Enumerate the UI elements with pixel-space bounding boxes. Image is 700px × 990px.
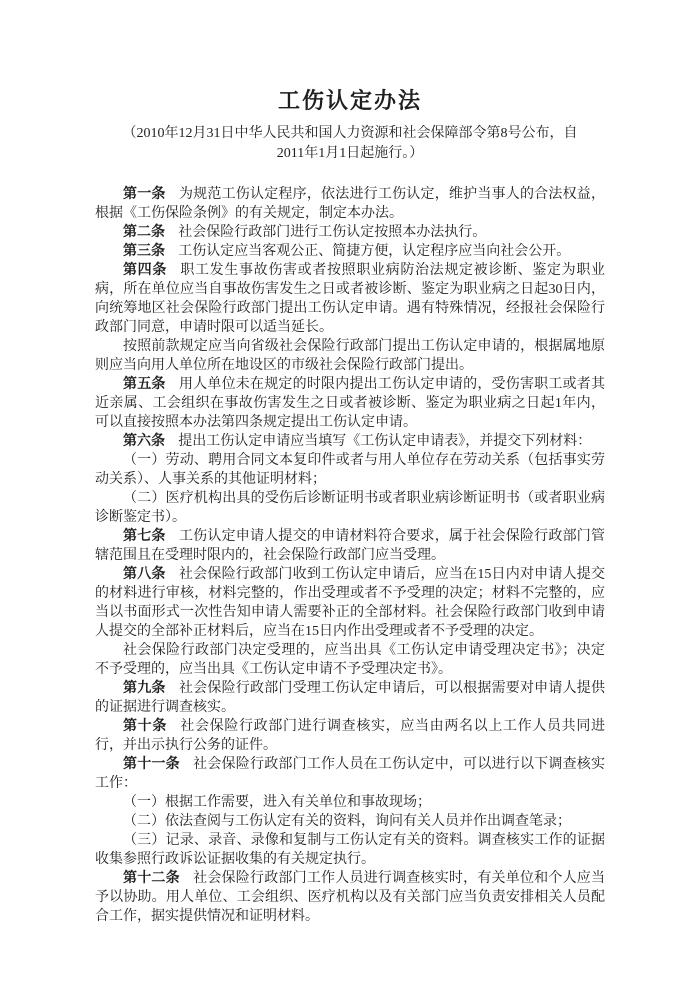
paragraph-text: 职工发生事故伤害或者按照职业病防治法规定被诊断、鉴定为职业病，所在单位应当自事故… (95, 263, 605, 335)
paragraph: （二）医疗机构出具的受伤后诊断证明书或者职业病诊断证明书（或者职业病诊断鉴定书）… (95, 489, 605, 527)
paragraph-text: 社会保险行政部门进行调查核实，应当由两名以上工作人员共同进行，并出示执行公务的证… (95, 719, 605, 753)
paragraph: 第三条工伤认定应当客观公正、简捷方便，认定程序应当向社会公开。 (95, 242, 605, 261)
paragraph: 第六条提出工伤认定申请应当填写《工伤认定申请表》，并提交下列材料： (95, 432, 605, 451)
paragraph-text: （三）记录、录音、录像和复制与工伤认定有关的资料。调查核实工作的证据收集参照行政… (95, 833, 605, 867)
paragraph: 第四条职工发生事故伤害或者按照职业病防治法规定被诊断、鉴定为职业病，所在单位应当… (95, 261, 605, 337)
document-body: 第一条为规范工伤认定程序，依法进行工伤认定，维护当事人的合法权益，根据《工伤保险… (95, 185, 605, 926)
article-number: 第七条 (123, 529, 166, 544)
paragraph: 第十条社会保险行政部门进行调查核实，应当由两名以上工作人员共同进行，并出示执行公… (95, 717, 605, 755)
paragraph: （一）根据工作需要，进入有关单位和事故现场； (95, 793, 605, 812)
paragraph: 按照前款规定应当向省级社会保险行政部门提出工伤认定申请的，根据属地原则应当向用人… (95, 337, 605, 375)
paragraph: 第七条工伤认定申请人提交的申请材料符合要求，属于社会保险行政部门管辖范围且在受理… (95, 527, 605, 565)
article-number: 第十一条 (123, 757, 180, 772)
paragraph-text: 工伤认定应当客观公正、简捷方便，认定程序应当向社会公开。 (178, 244, 570, 259)
paragraph: 社会保险行政部门决定受理的，应当出具《工伤认定申请受理决定书》；决定不予受理的，… (95, 641, 605, 679)
article-number: 第十条 (123, 719, 167, 734)
paragraph-text: （二）依法查阅与工伤认定有关的资料，询问有关人员并作出调查笔录； (123, 814, 571, 829)
paragraph-text: 社会保险行政部门受理工伤认定申请后，可以根据需要对申请人提供的证据进行调查核实。 (95, 681, 605, 715)
paragraph: （二）依法查阅与工伤认定有关的资料，询问有关人员并作出调查笔录； (95, 812, 605, 831)
article-number: 第四条 (123, 263, 167, 278)
paragraph-text: 按照前款规定应当向省级社会保险行政部门提出工伤认定申请的，根据属地原则应当向用人… (95, 339, 605, 373)
article-number: 第三条 (123, 244, 165, 259)
paragraph: 第二条社会保险行政部门进行工伤认定按照本办法执行。 (95, 223, 605, 242)
paragraph-text: 工伤认定申请人提交的申请材料符合要求，属于社会保险行政部门管辖范围且在受理时限内… (95, 529, 605, 563)
paragraph: （三）记录、录音、录像和复制与工伤认定有关的资料。调查核实工作的证据收集参照行政… (95, 831, 605, 869)
paragraph: （一）劳动、聘用合同文本复印件或者与用人单位存在劳动关系（包括事实劳动关系）、人… (95, 451, 605, 489)
article-number: 第六条 (123, 434, 165, 449)
paragraph: 第十二条社会保险行政部门工作人员进行调查核实时，有关单位和个人应当予以协助。用人… (95, 869, 605, 926)
paragraph-text: 社会保险行政部门决定受理的，应当出具《工伤认定申请受理决定书》；决定不予受理的，… (95, 643, 605, 677)
paragraph-text: 社会保险行政部门进行工伤认定按照本办法执行。 (178, 225, 486, 240)
paragraph-text: 提出工伤认定申请应当填写《工伤认定申请表》，并提交下列材料： (178, 434, 591, 449)
paragraph-text: 社会保险行政部门收到工伤认定申请后，应当在15日内对申请人提交的材料进行审核，材… (95, 567, 605, 639)
paragraph-text: （一）根据工作需要，进入有关单位和事故现场； (123, 795, 431, 810)
paragraph-text: （二）医疗机构出具的受伤后诊断证明书或者职业病诊断证明书（或者职业病诊断鉴定书）… (95, 491, 605, 525)
paragraph: 第五条用人单位未在规定的时限内提出工伤认定申请的，受伤害职工或者其近亲属、工会组… (95, 375, 605, 432)
paragraph-text: 用人单位未在规定的时限内提出工伤认定申请的，受伤害职工或者其近亲属、工会组织在事… (95, 377, 605, 430)
paragraph: 第九条社会保险行政部门受理工伤认定申请后，可以根据需要对申请人提供的证据进行调查… (95, 679, 605, 717)
paragraph-text: 为规范工伤认定程序，依法进行工伤认定，维护当事人的合法权益，根据《工伤保险条例》… (95, 187, 605, 221)
article-number: 第二条 (123, 225, 165, 240)
document-subtitle: （2010年12月31日中华人民共和国人力资源和社会保障部令第8号公布，自201… (109, 124, 591, 164)
paragraph-text: （一）劳动、聘用合同文本复印件或者与用人单位存在劳动关系（包括事实劳动关系）、人… (95, 453, 605, 487)
article-number: 第九条 (123, 681, 166, 696)
paragraph: 第十一条社会保险行政部门工作人员在工伤认定中，可以进行以下调查核实工作： (95, 755, 605, 793)
paragraph: 第一条为规范工伤认定程序，依法进行工伤认定，维护当事人的合法权益，根据《工伤保险… (95, 185, 605, 223)
article-number: 第八条 (123, 567, 166, 582)
article-number: 第一条 (123, 187, 166, 202)
document-title: 工伤认定办法 (95, 88, 605, 114)
article-number: 第十二条 (123, 871, 180, 886)
article-number: 第五条 (123, 377, 166, 392)
document-page: 工伤认定办法 （2010年12月31日中华人民共和国人力资源和社会保障部令第8号… (0, 0, 700, 990)
paragraph: 第八条社会保险行政部门收到工伤认定申请后，应当在15日内对申请人提交的材料进行审… (95, 565, 605, 641)
